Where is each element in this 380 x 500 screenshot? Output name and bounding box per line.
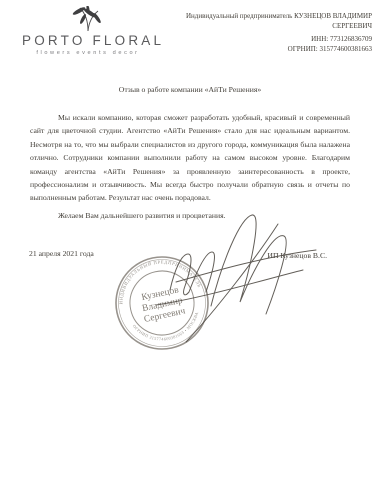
document-title: Отзыв о работе компании «АйТи Решения» (0, 85, 380, 94)
brand-name: PORTO FLORAL (22, 33, 154, 48)
handwritten-signature (148, 210, 333, 350)
letterhead-logo: PORTO FLORAL flowers events decor (22, 6, 154, 56)
paragraph-main: Мы искали компанию, которая сможет разра… (30, 111, 350, 205)
branch-flower-icon (66, 6, 110, 32)
inn-number: ИНН: 773126836709 (157, 35, 372, 45)
letter-body: Мы искали компанию, которая сможет разра… (30, 111, 350, 226)
ogrnip-number: ОГРНИП: 315774600381663 (157, 45, 372, 55)
letter-date: 21 апреля 2021 года (29, 249, 94, 258)
signature-strokes (148, 210, 333, 350)
brand-tagline: flowers events decor (22, 50, 154, 56)
entrepreneur-name: Индивидуальный предприниматель КУЗНЕЦОВ … (157, 12, 372, 31)
letterhead-requisites: Индивидуальный предприниматель КУЗНЕЦОВ … (157, 12, 372, 54)
scanned-letter-page: PORTO FLORAL flowers events decor Индиви… (0, 0, 380, 500)
